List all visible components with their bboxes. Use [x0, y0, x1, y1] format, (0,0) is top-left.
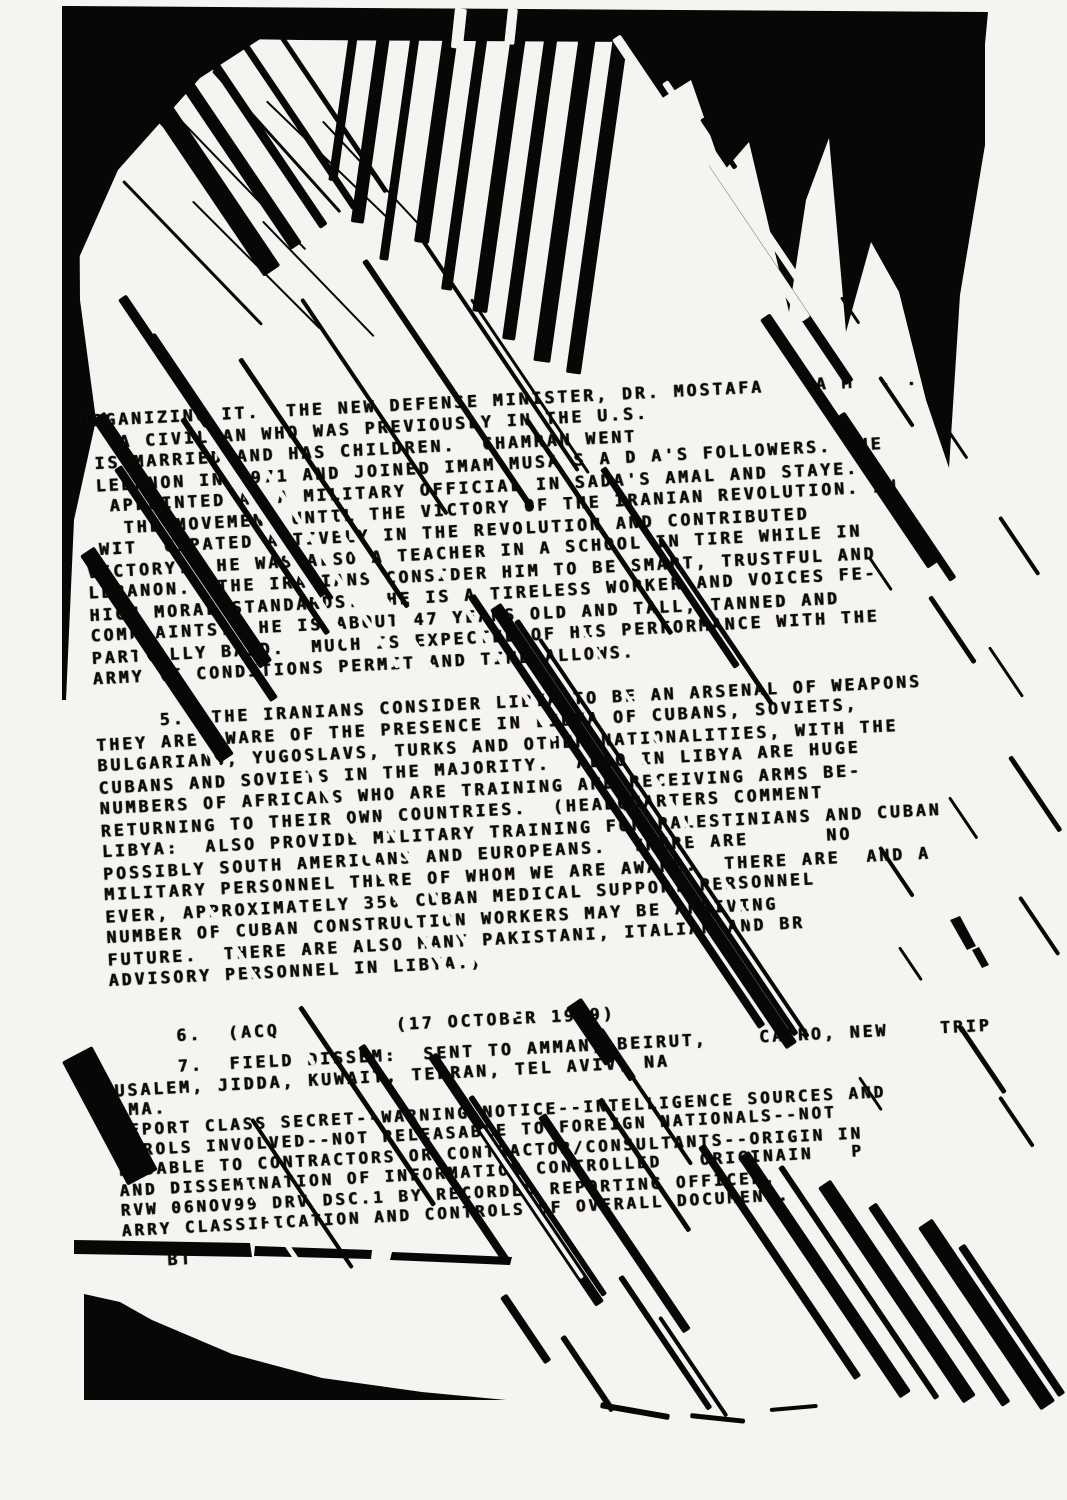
scanned-document-page: ORGANIZING IT. THE NEW DEFENSE MINISTER,… [0, 0, 1067, 1500]
typed-text-area: ORGANIZING IT. THE NEW DEFENSE MINISTER,… [78, 344, 1067, 1394]
paragraph-5-libya: 5. THE IRANIANS CONSIDER LIBYA TO BE AN … [95, 669, 949, 992]
signoff-bt: BT [167, 1248, 194, 1271]
top-left-wedge-artifact [62, 6, 305, 330]
